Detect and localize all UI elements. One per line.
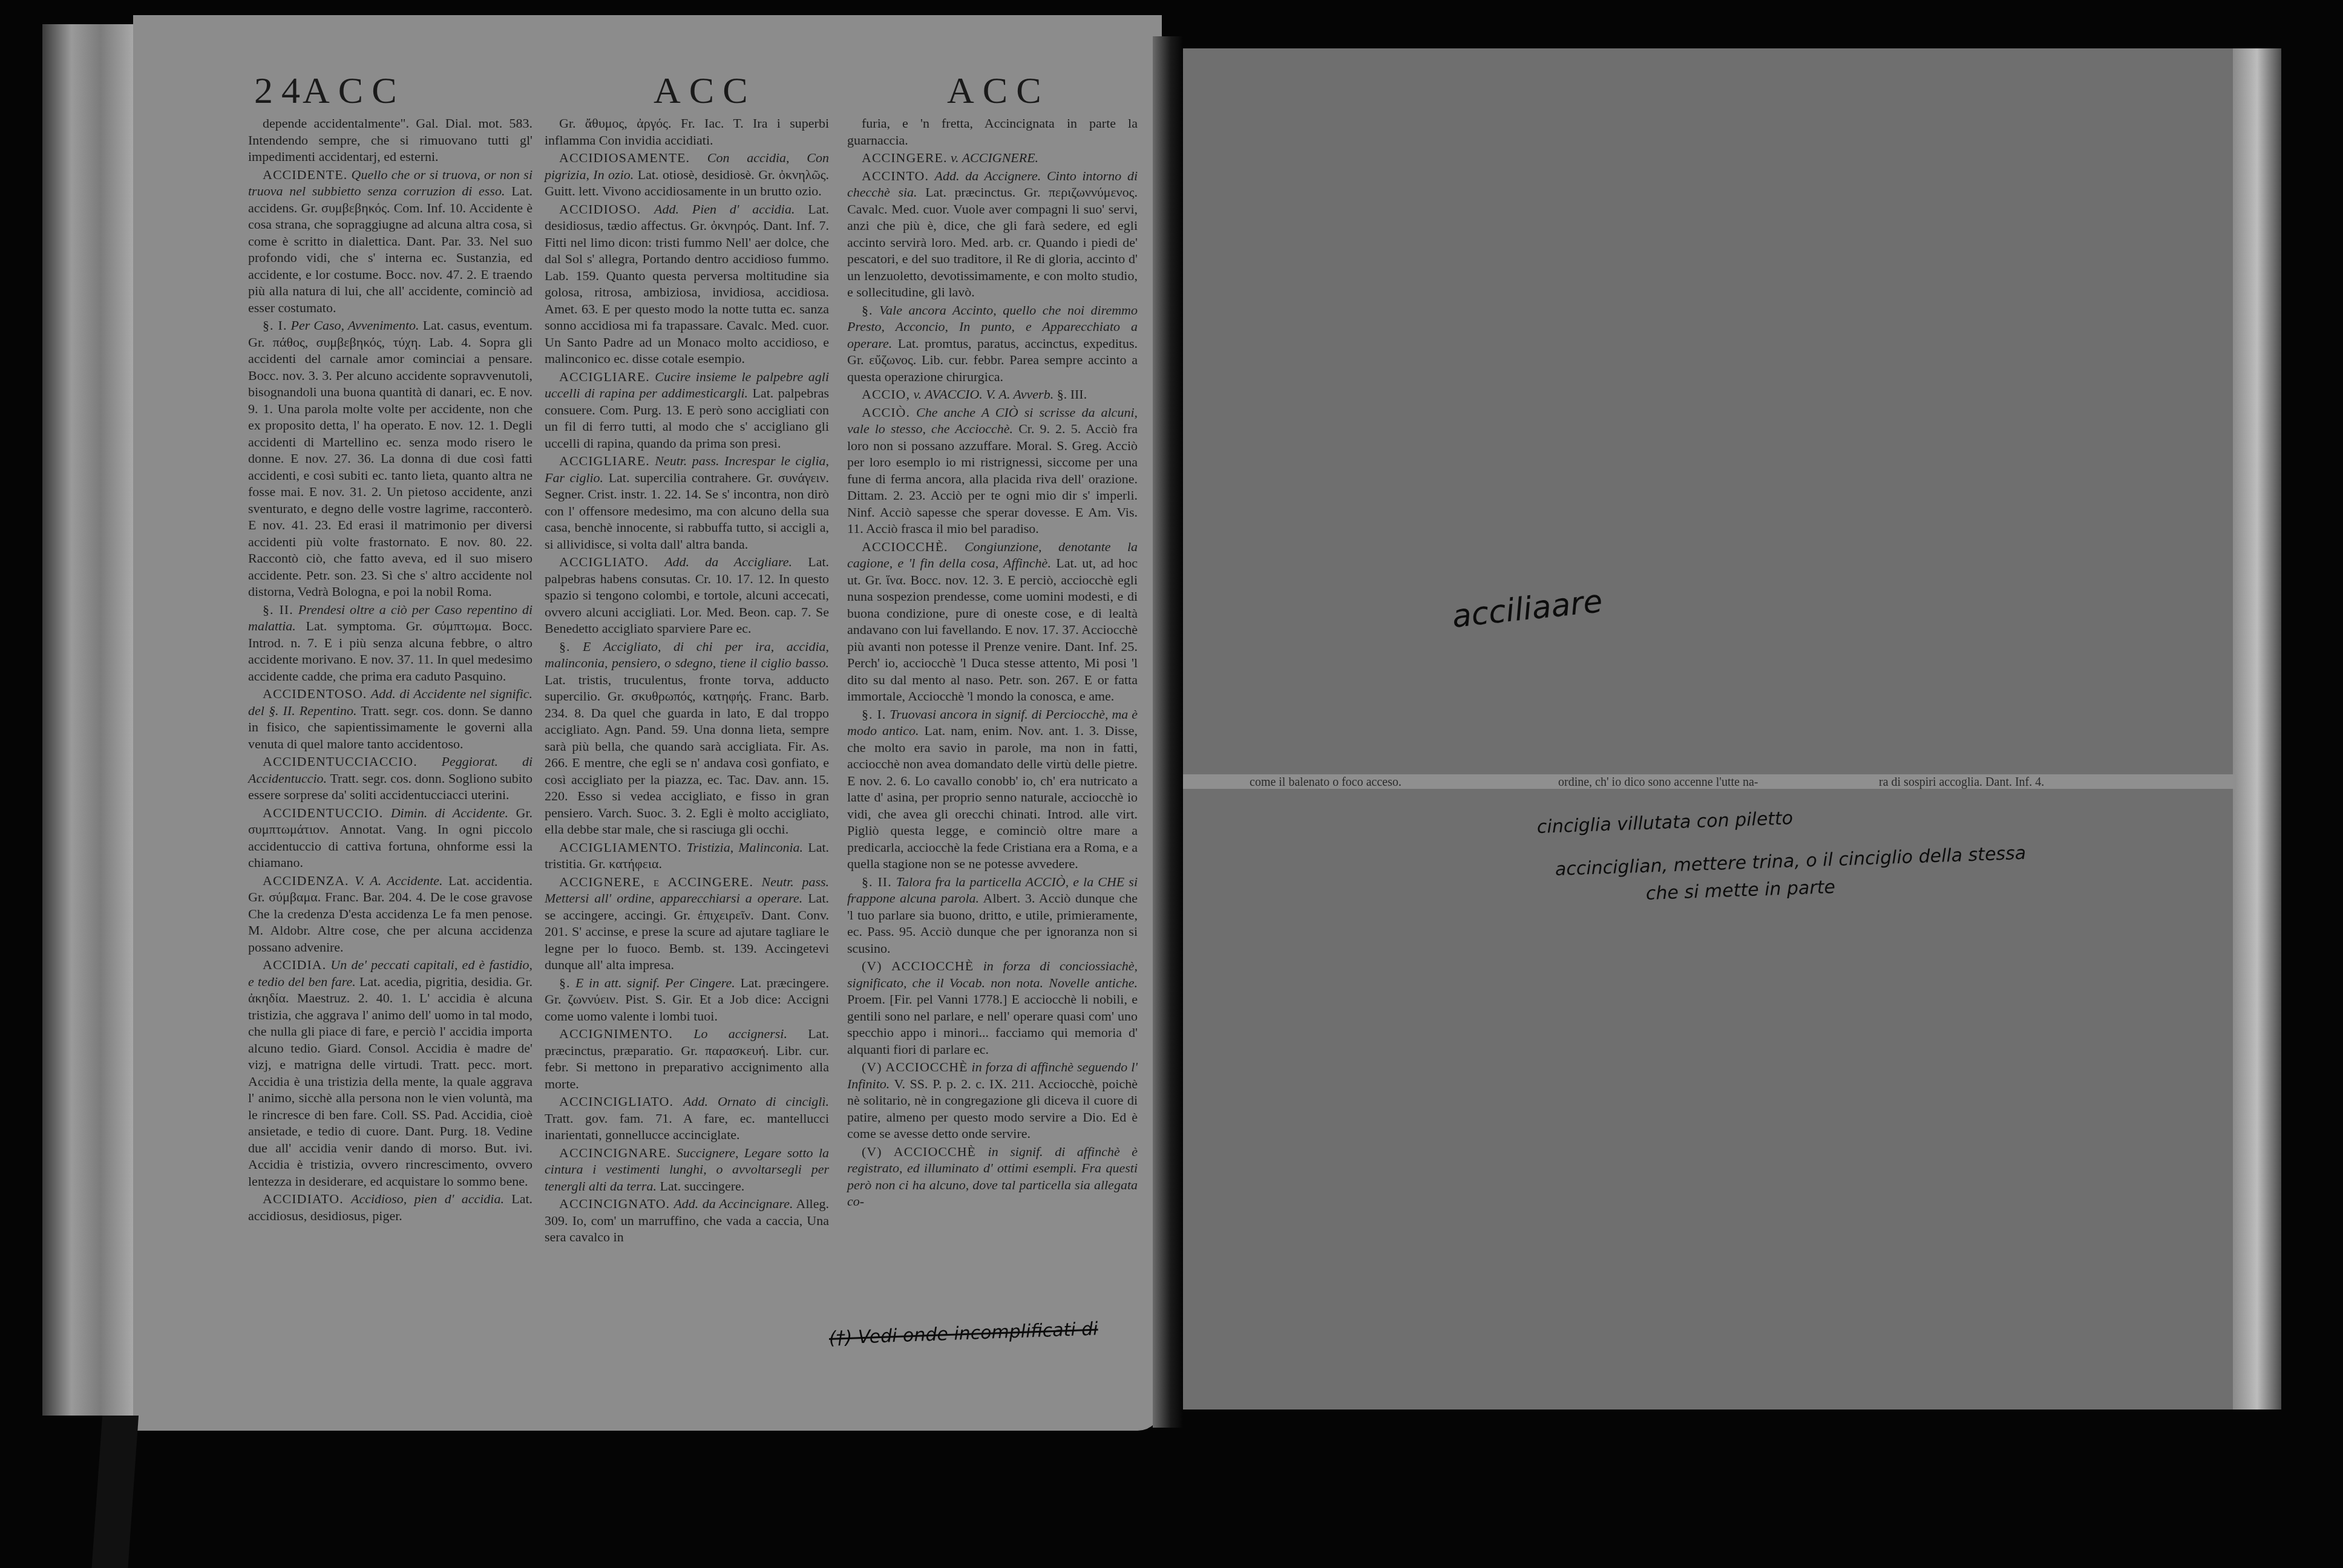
entry-lemma: §. II. bbox=[263, 602, 293, 617]
entry-lemma: (V) ACCIOCCHÈ bbox=[862, 958, 974, 973]
dictionary-entry: ACCINTO. Add. da Accignere. Cinto intorn… bbox=[847, 168, 1138, 301]
right-page bbox=[1183, 48, 2236, 1410]
strip-text: ordine, ch' io dico sono accenne l'utte … bbox=[1558, 776, 1758, 789]
entry-definition: Add. Pien d' accidia. bbox=[654, 201, 795, 217]
dictionary-entry: ACCINCIGNARE. Succignere, Legare sotto l… bbox=[545, 1145, 829, 1195]
entry-lemma: ACCIDENTOSO. bbox=[263, 686, 367, 701]
entry-definition: Add. da Accigliare. bbox=[664, 554, 792, 569]
entry-lemma: ACCIGNIMENTO. bbox=[559, 1026, 673, 1041]
entry-lemma: ACCINTO. bbox=[862, 168, 929, 183]
entry-lemma: ACCIDENZA. bbox=[263, 873, 349, 888]
entry-lemma: ACCIDENTUCCIO. bbox=[263, 805, 383, 820]
entry-definition: Add. Ornato di cinciglì. bbox=[683, 1094, 829, 1109]
dictionary-entry: furia, e 'n fretta, Accincignata in part… bbox=[847, 115, 1138, 148]
entry-citation-text: Lat. tristis, truculentus, fronte torva,… bbox=[545, 672, 829, 837]
entry-lemma: ACCIGNERE, e ACCINGERE. bbox=[559, 874, 753, 889]
dictionary-column-2: Gr. ἄθυμος, ἀργός. Fr. Iac. T. Ira i sup… bbox=[545, 115, 829, 1247]
dictionary-entry: ACCIO, v. AVACCIO. V. A. Avverb. §. III. bbox=[847, 386, 1138, 403]
dictionary-entry: ACCIDIA. Un de' peccati capitali, ed è f… bbox=[248, 956, 532, 1189]
dictionary-entry: ACCIOCCHÈ. Congiunzione, denotante la ca… bbox=[847, 538, 1138, 705]
entry-definition: E Accigliato, di chi per ira, accidia, m… bbox=[545, 639, 829, 671]
entry-lemma: ACCIDIOSO. bbox=[559, 201, 641, 217]
book-page-stack-right bbox=[2233, 48, 2281, 1410]
dictionary-entry: (V) ACCIOCCHÈ in forza di conciossiachè,… bbox=[847, 958, 1138, 1057]
entry-citation-text: furia, e 'n fretta, Accincignata in part… bbox=[847, 116, 1138, 148]
dictionary-entry: ACCIDENTUCCIACCIO. Peggiorat. di Acciden… bbox=[248, 753, 532, 803]
entry-citation-text: Lat. casus, eventum. Gr. πάθος, συμβεβηκ… bbox=[248, 318, 532, 599]
entry-lemma: ACCIDENTUCCIACCIO. bbox=[263, 754, 418, 769]
entry-citation-text: Lat. nam, enim. Nov. ant. 1. 3. Disse, c… bbox=[847, 723, 1138, 871]
dictionary-entry: §. I. Per Caso, Avvenimento. Lat. casus,… bbox=[248, 317, 532, 600]
dictionary-entry: ACCIDENTOSO. Add. di Accidente nel signi… bbox=[248, 685, 532, 752]
book-page-stack-left bbox=[42, 24, 139, 1416]
dictionary-entry: ACCIDIOSAMENTE. Con accidia, Con pigrizi… bbox=[545, 149, 829, 200]
dictionary-entry: ACCIGNIMENTO. Lo accignersi. Lat. præcin… bbox=[545, 1025, 829, 1092]
entry-lemma: ACCIGLIATO. bbox=[559, 554, 649, 569]
entry-lemma: ACCIGLIAMENTO. bbox=[559, 840, 681, 855]
dictionary-entry: §. E in att. signif. Per Cingere. Lat. p… bbox=[545, 975, 829, 1025]
entry-citation-text: Lat. succingere. bbox=[660, 1178, 744, 1194]
strip-text: come il balenato o foco acceso. bbox=[1250, 776, 1401, 789]
dictionary-entry: Gr. ἄθυμος, ἀργός. Fr. Iac. T. Ira i sup… bbox=[545, 115, 829, 148]
entry-definition: E in att. signif. Per Cingere. bbox=[575, 975, 735, 990]
dictionary-entry: ACCIDENZA. V. A. Accidente. Lat. acciden… bbox=[248, 872, 532, 956]
dictionary-entry: §. E Accigliato, di chi per ira, accidia… bbox=[545, 638, 829, 838]
entry-citation-text: Lat. accidens. Gr. συμβεβηκός. Com. Inf.… bbox=[248, 183, 532, 315]
dictionary-entry: ACCIDIATO. Accidioso, pien d' accidia. L… bbox=[248, 1191, 532, 1224]
entry-definition: Add. da Accincignare. bbox=[673, 1196, 793, 1211]
running-head-3: ACC bbox=[947, 70, 1049, 113]
entry-lemma: ACCIGLIARE. bbox=[559, 453, 650, 468]
entry-lemma: §. bbox=[559, 975, 571, 990]
dictionary-entry: ACCIGLIARE. Cucire insieme le palpebre a… bbox=[545, 368, 829, 452]
entry-lemma: ACCINCIGNATO. bbox=[559, 1196, 670, 1211]
entry-definition: v. AVACCIO. V. A. Avverb. bbox=[913, 387, 1054, 402]
entry-definition: Per Caso, Avvenimento. bbox=[290, 318, 419, 333]
dictionary-entry: ACCINGERE. v. ACCIGNERE. bbox=[847, 149, 1138, 166]
entry-definition: v. ACCIGNERE. bbox=[951, 150, 1038, 165]
dictionary-entry: ACCIGNERE, e ACCINGERE. Neutr. pass. Met… bbox=[545, 874, 829, 973]
entry-lemma: ACCIO, bbox=[862, 387, 910, 402]
bookmark-ribbon bbox=[91, 1416, 139, 1568]
entry-lemma: ACCINCIGLIATO. bbox=[559, 1094, 673, 1109]
entry-citation-text: V. SS. P. p. 2. c. IX. 211. Acciocchè, p… bbox=[847, 1076, 1138, 1142]
dictionary-entry: (V) ACCIOCCHÈ in signif. di affinchè è r… bbox=[847, 1143, 1138, 1210]
entry-citation-text: depende accidentalmente". Gal. Dial. mot… bbox=[248, 116, 532, 164]
entry-lemma: (V) ACCIOCCHÈ bbox=[862, 1144, 976, 1159]
dictionary-entry: §. II. Prendesi oltre a ciò per Caso rep… bbox=[248, 601, 532, 685]
entry-citation-text: Lat. desidiosus, tædio affectus. Gr. ὀκν… bbox=[545, 201, 829, 367]
entry-citation-text: Lat. acedia, pigritia, desidia. Gr. ἀκηδ… bbox=[248, 974, 532, 1189]
entry-citation-text: Lat. præcinctus. Gr. περιζωννύμενος. Cav… bbox=[847, 185, 1138, 299]
dictionary-entry: ACCIÒ. Che anche A CIÒ si scrisse da alc… bbox=[847, 404, 1138, 537]
entry-citation-text: §. III. bbox=[1057, 387, 1087, 402]
dictionary-entry: §. Vale ancora Accinto, quello che noi d… bbox=[847, 302, 1138, 385]
entry-lemma: §. bbox=[862, 302, 873, 318]
entry-lemma: §. bbox=[559, 639, 571, 654]
entry-lemma: ACCIÒ. bbox=[862, 405, 910, 420]
entry-lemma: §. II. bbox=[862, 874, 892, 889]
dictionary-entry: ACCINCIGLIATO. Add. Ornato di cinciglì. … bbox=[545, 1093, 829, 1143]
dictionary-entry: ACCIGLIARE. Neutr. pass. Increspar le ci… bbox=[545, 452, 829, 552]
bleed-through-strip: come il balenato o foco acceso. ordine, … bbox=[1183, 774, 2236, 789]
entry-lemma: ACCINCIGNARE. bbox=[559, 1145, 671, 1160]
entry-definition: Lo accignersi. bbox=[693, 1026, 787, 1041]
dictionary-entry: §. II. Talora fra la particella ACCIÒ, e… bbox=[847, 874, 1138, 957]
entry-definition: Accidioso, pien d' accidia. bbox=[351, 1191, 504, 1206]
dictionary-column-3: furia, e 'n fretta, Accincignata in part… bbox=[847, 115, 1138, 1211]
dictionary-entry: ACCINCIGNATO. Add. da Accincignare. Alle… bbox=[545, 1195, 829, 1246]
dictionary-column-1: depende accidentalmente". Gal. Dial. mot… bbox=[248, 115, 532, 1225]
entry-definition: Dimin. di Accidente. bbox=[391, 805, 508, 820]
entry-lemma: §. I. bbox=[263, 318, 287, 333]
dictionary-entry: ACCIDENTUCCIO. Dimin. di Accidente. Gr. … bbox=[248, 805, 532, 871]
entry-lemma: ACCIDIOSAMENTE. bbox=[559, 150, 690, 165]
entry-citation-text: Cr. 9. 2. 5. Acciò fra loro non si possa… bbox=[847, 421, 1138, 536]
entry-citation-text: Gr. ἄθυμος, ἀργός. Fr. Iac. T. Ira i sup… bbox=[545, 116, 829, 148]
page-number: 24 bbox=[254, 70, 309, 113]
dictionary-entry: ACCIDIOSO. Add. Pien d' accidia. Lat. de… bbox=[545, 201, 829, 367]
strip-text: ra di sospiri accoglia. Dant. Inf. 4. bbox=[1879, 776, 2044, 789]
entry-lemma: §. I. bbox=[862, 707, 886, 722]
dictionary-entry: §. I. Truovasi ancora in signif. di Perc… bbox=[847, 706, 1138, 872]
entry-lemma: (V) ACCIOCCHÈ bbox=[862, 1059, 968, 1074]
dictionary-entry: ACCIDENTE. Quello che or si truova, or n… bbox=[248, 166, 532, 316]
dictionary-entry: ACCIGLIAMENTO. Tristizia, Malinconia. La… bbox=[545, 839, 829, 872]
dictionary-entry: depende accidentalmente". Gal. Dial. mot… bbox=[248, 115, 532, 165]
entry-lemma: ACCINGERE. bbox=[862, 150, 947, 165]
entry-lemma: ACCIDIA. bbox=[263, 957, 326, 972]
running-head-1: ACC bbox=[303, 70, 405, 113]
running-head-2: ACC bbox=[654, 70, 756, 113]
entry-definition: V. A. Accidente. bbox=[355, 873, 442, 888]
book-gutter bbox=[1153, 36, 1183, 1428]
entry-definition: Tristizia, Malinconia. bbox=[686, 840, 803, 855]
entry-citation-text: Tratt. gov. fam. 71. A fare, ec. mantell… bbox=[545, 1111, 829, 1143]
dictionary-entry: (V) ACCIOCCHÈ in forza di affinchè segue… bbox=[847, 1059, 1138, 1142]
entry-lemma: ACCIDIATO. bbox=[263, 1191, 344, 1206]
entry-lemma: ACCIDENTE. bbox=[263, 167, 347, 182]
entry-lemma: ACCIOCCHÈ. bbox=[862, 539, 948, 554]
entry-lemma: ACCIGLIARE. bbox=[559, 369, 650, 384]
entry-citation-text: Proem. [Fir. pel Vanni 1778.] E acciocch… bbox=[847, 991, 1138, 1057]
entry-citation-text: Lat. ut, ad hoc ut. Gr. ἵνα. Bocc. nov. … bbox=[847, 555, 1138, 704]
dictionary-entry: ACCIGLIATO. Add. da Accigliare. Lat. pal… bbox=[545, 554, 829, 637]
